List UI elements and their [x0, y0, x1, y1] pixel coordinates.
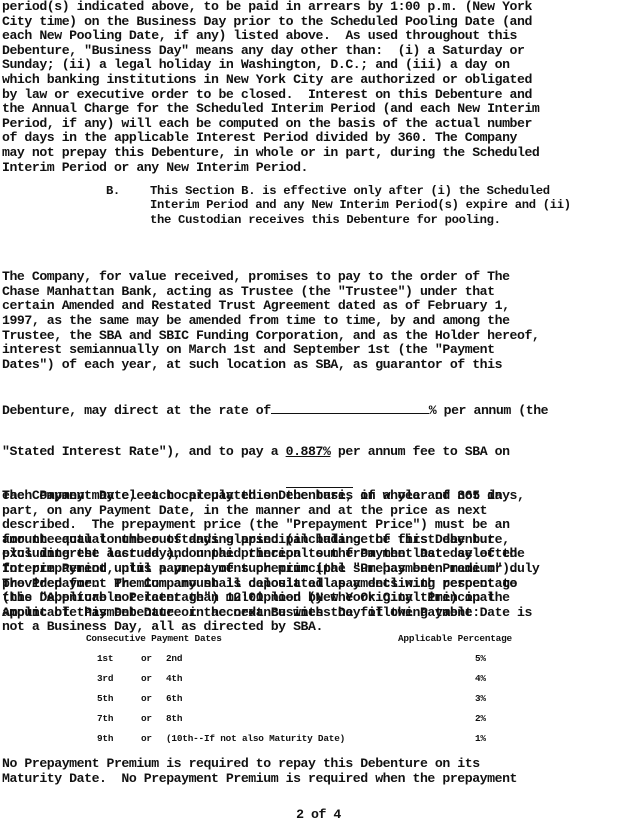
table-row: 3rdor4th4% — [0, 672, 637, 686]
applicable-percentage: 3% — [475, 692, 486, 707]
payment-second: (10th--If not also Maturity Date) — [166, 732, 345, 747]
payment-or: or — [141, 672, 152, 687]
payment-second: 2nd — [166, 652, 182, 667]
text-line: certain Amended and Restated Trust Agree… — [2, 299, 636, 314]
text-line: by law or executive order to be closed. … — [2, 88, 636, 103]
text-line: described. The prepayment price (the "Pr… — [2, 518, 636, 533]
table-header-payment-dates: Consecutive Payment Dates — [86, 632, 222, 647]
text-line: each New Pooling Date, if any) listed ab… — [2, 29, 636, 44]
text-line: Dates") of each year, at such location a… — [2, 358, 636, 373]
text-line: The Company, for value received, promise… — [2, 270, 636, 285]
text-line: Sunday; (ii) a legal holiday in Washingt… — [2, 58, 636, 73]
text-line: of days in the applicable Interest Perio… — [2, 131, 636, 146]
document-page: period(s) indicated above, to be paid in… — [0, 0, 637, 828]
text-line: the Custodian receives this Debenture fo… — [150, 213, 571, 227]
text-line: may not prepay this Debenture, in whole … — [2, 146, 636, 161]
text-line: This Section B. is effective only after … — [150, 184, 571, 198]
table-row: 7thor8th2% — [0, 712, 637, 726]
payment-or: or — [141, 712, 152, 727]
payment-first: 1st — [97, 652, 113, 667]
applicable-percentage: 4% — [475, 672, 486, 687]
payment-second: 6th — [166, 692, 182, 707]
page-number: 2 of 4 — [0, 808, 637, 823]
table-header-applicable-percentage: Applicable Percentage — [398, 632, 512, 647]
text-line: Chase Manhattan Bank, acting as Trustee … — [2, 285, 636, 300]
section-b-label: B. — [106, 184, 120, 198]
text-line: (the "Applicable Percentage") multiplied… — [2, 591, 636, 606]
payment-or: or — [141, 692, 152, 707]
text-line: for prepayment, plus a prepayment premiu… — [2, 562, 636, 577]
text-line: City time) on the Business Day prior to … — [2, 15, 636, 30]
annual-fee-value: 0.887% — [286, 444, 331, 459]
payment-or: or — [141, 732, 152, 747]
text-line: interest semiannually on March 1st and S… — [2, 343, 636, 358]
paragraph-interest-terms: period(s) indicated above, to be paid in… — [2, 0, 636, 175]
payment-first: 7th — [97, 712, 113, 727]
text-line: The Prepayment Premium amount is calcula… — [2, 577, 636, 592]
text-line: The Company may elect to prepay this Deb… — [2, 489, 636, 504]
payment-first: 3rd — [97, 672, 113, 687]
text-line: No Prepayment Premium is required to rep… — [2, 757, 636, 772]
payment-second: 8th — [166, 712, 182, 727]
applicable-percentage: 1% — [475, 732, 486, 747]
stated-interest-rate-blank — [271, 402, 429, 414]
text-line: 1997, as the same may be amended from ti… — [2, 314, 636, 329]
text-line: which banking institutions in New York C… — [2, 73, 636, 88]
text-line: Interim Period and any New Interim Perio… — [150, 198, 571, 212]
text-line: amount equal to the outstanding principa… — [2, 533, 636, 548]
text-line: part, on any Payment Date, in the manner… — [2, 504, 636, 519]
applicable-percentage: 5% — [475, 652, 486, 667]
text-line: the Annual Charge for the Scheduled Inte… — [2, 102, 636, 117]
table-row: 5thor6th3% — [0, 692, 637, 706]
rate-line: Debenture, may direct at the rate of% pe… — [2, 402, 636, 417]
text-line: Interim Period or any New Interim Period… — [2, 161, 636, 176]
table-row: 1stor2nd5% — [0, 652, 637, 666]
table-row: 9thor(10th--If not also Maturity Date)1% — [0, 732, 637, 746]
payment-second: 4th — [166, 672, 182, 687]
text-line: period(s) indicated above, to be paid in… — [2, 0, 636, 15]
paragraph-no-premium: No Prepayment Premium is required to rep… — [2, 757, 636, 786]
text-line: plus interest accrued and unpaid thereon… — [2, 547, 636, 562]
text-line: Maturity Date. No Prepayment Premium is … — [2, 772, 636, 787]
payment-or: or — [141, 652, 152, 667]
payment-first: 9th — [97, 732, 113, 747]
paragraph-prepayment: The Company may elect to prepay this Deb… — [2, 489, 636, 620]
text-line: Debenture, "Business Day" means any day … — [2, 44, 636, 59]
text-line: Period, if any) will each be computed on… — [2, 117, 636, 132]
payment-first: 5th — [97, 692, 113, 707]
text-line: Amount of this Debenture in accordance w… — [2, 606, 636, 621]
applicable-percentage: 2% — [475, 712, 486, 727]
text-line: Trustee, the SBA and SBIC Funding Corpor… — [2, 329, 636, 344]
fee-line: "Stated Interest Rate"), and to pay a 0.… — [2, 445, 636, 460]
